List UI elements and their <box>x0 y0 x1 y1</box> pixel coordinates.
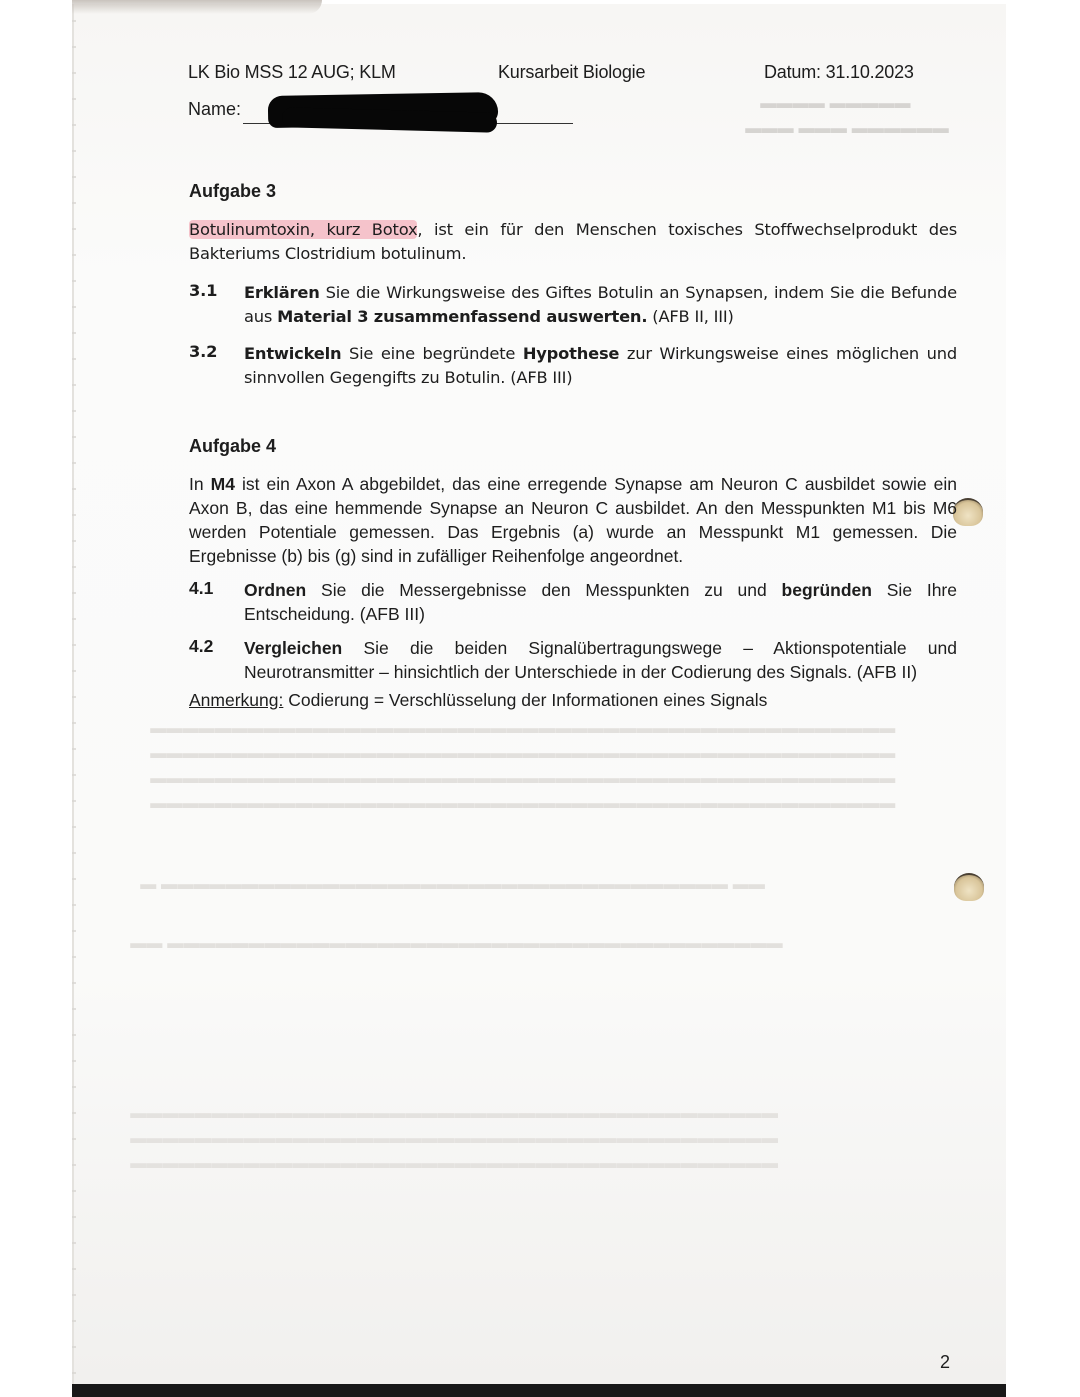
task3-intro-highlight: Botulinumtoxin, kurz Botox <box>189 220 417 239</box>
bleed-through-text: ▬▬▬▬▬▬▬▬▬▬▬▬▬▬▬▬▬▬▬▬▬▬▬▬▬▬▬▬▬▬▬▬▬▬▬▬▬▬▬▬… <box>150 720 895 738</box>
note-label: Anmerkung: <box>189 690 283 710</box>
item-text: Ordnen Sie die Messergebnisse den Messpu… <box>244 578 957 626</box>
paper-fold-shadow <box>72 0 322 14</box>
bleed-through-text: ▬▬▬▬▬▬▬▬▬▬▬▬▬▬▬▬▬▬▬▬▬▬▬▬▬▬▬▬▬▬▬▬▬▬▬▬▬▬▬▬ <box>130 1130 778 1148</box>
item-text: Vergleichen Sie die beiden Signalübertra… <box>244 636 957 684</box>
item-number: 4.1 <box>189 578 213 599</box>
course-label: LK Bio MSS 12 AUG; KLM <box>188 62 396 83</box>
task4-intro: In M4 ist ein Axon A abgebildet, das ein… <box>189 472 957 568</box>
perforation-edge <box>72 20 76 1380</box>
item-number: 3.2 <box>189 342 217 361</box>
exam-date: Datum: 31.10.2023 <box>764 62 914 83</box>
bleed-through-text: ▬▬▬▬▬ ▬▬▬▬ <box>760 95 910 113</box>
punch-hole <box>953 498 983 526</box>
bleed-through-text: ▬▬▬▬▬▬▬▬▬▬▬▬▬▬▬▬▬▬▬▬▬▬▬▬▬▬▬▬▬▬▬▬▬▬▬▬▬▬▬▬ <box>130 1105 778 1123</box>
page-number: 2 <box>940 1352 950 1373</box>
punch-hole <box>954 873 984 901</box>
bleed-through-text: ▬▬▬▬▬▬ ▬▬▬ ▬▬▬ <box>745 120 949 138</box>
task4-title: Aufgabe 4 <box>189 436 276 457</box>
task4-note: Anmerkung: Codierung = Verschlüsselung d… <box>189 690 767 711</box>
bleed-through-text: ▬▬▬▬▬▬▬▬▬▬▬▬▬▬▬▬▬▬▬▬▬▬▬▬▬▬▬▬▬▬▬▬▬▬▬▬▬▬ ▬… <box>130 935 783 953</box>
exam-title: Kursarbeit Biologie <box>498 62 645 83</box>
bleed-through-text: ▬▬ ▬▬▬▬▬▬▬▬▬▬▬▬▬▬▬▬▬▬▬▬▬▬▬▬▬▬▬▬▬▬▬▬▬▬▬ ▬ <box>140 876 765 894</box>
task3-intro: Botulinumtoxin, kurz Botox, ist ein für … <box>189 218 957 266</box>
item-text: Erklären Sie die Wirkungsweise des Gifte… <box>244 281 957 329</box>
name-label: Name: <box>188 99 241 120</box>
bleed-through-text: ▬▬▬▬▬▬▬▬▬▬▬▬▬▬▬▬▬▬▬▬▬▬▬▬▬▬▬▬▬▬▬▬▬▬▬▬▬▬▬▬… <box>150 745 895 763</box>
bleed-through-text: ▬▬▬▬▬▬▬▬▬▬▬▬▬▬▬▬▬▬▬▬▬▬▬▬▬▬▬▬▬▬▬▬▬▬▬▬▬▬▬▬… <box>150 795 895 813</box>
item-number: 3.1 <box>189 281 217 300</box>
item-number: 4.2 <box>189 636 213 657</box>
note-text: Codierung = Verschlüsselung der Informat… <box>283 690 767 710</box>
bleed-through-text: ▬▬▬▬▬▬▬▬▬▬▬▬▬▬▬▬▬▬▬▬▬▬▬▬▬▬▬▬▬▬▬▬▬▬▬▬▬▬▬▬ <box>130 1155 778 1173</box>
bleed-through-text: ▬▬▬▬▬▬▬▬▬▬▬▬▬▬▬▬▬▬▬▬▬▬▬▬▬▬▬▬▬▬▬▬▬▬▬▬▬▬▬▬… <box>150 770 895 788</box>
item-text: Entwickeln Sie eine begründete Hypothese… <box>244 342 957 390</box>
dark-background-strip <box>72 1384 1006 1397</box>
task3-title: Aufgabe 3 <box>189 181 276 202</box>
